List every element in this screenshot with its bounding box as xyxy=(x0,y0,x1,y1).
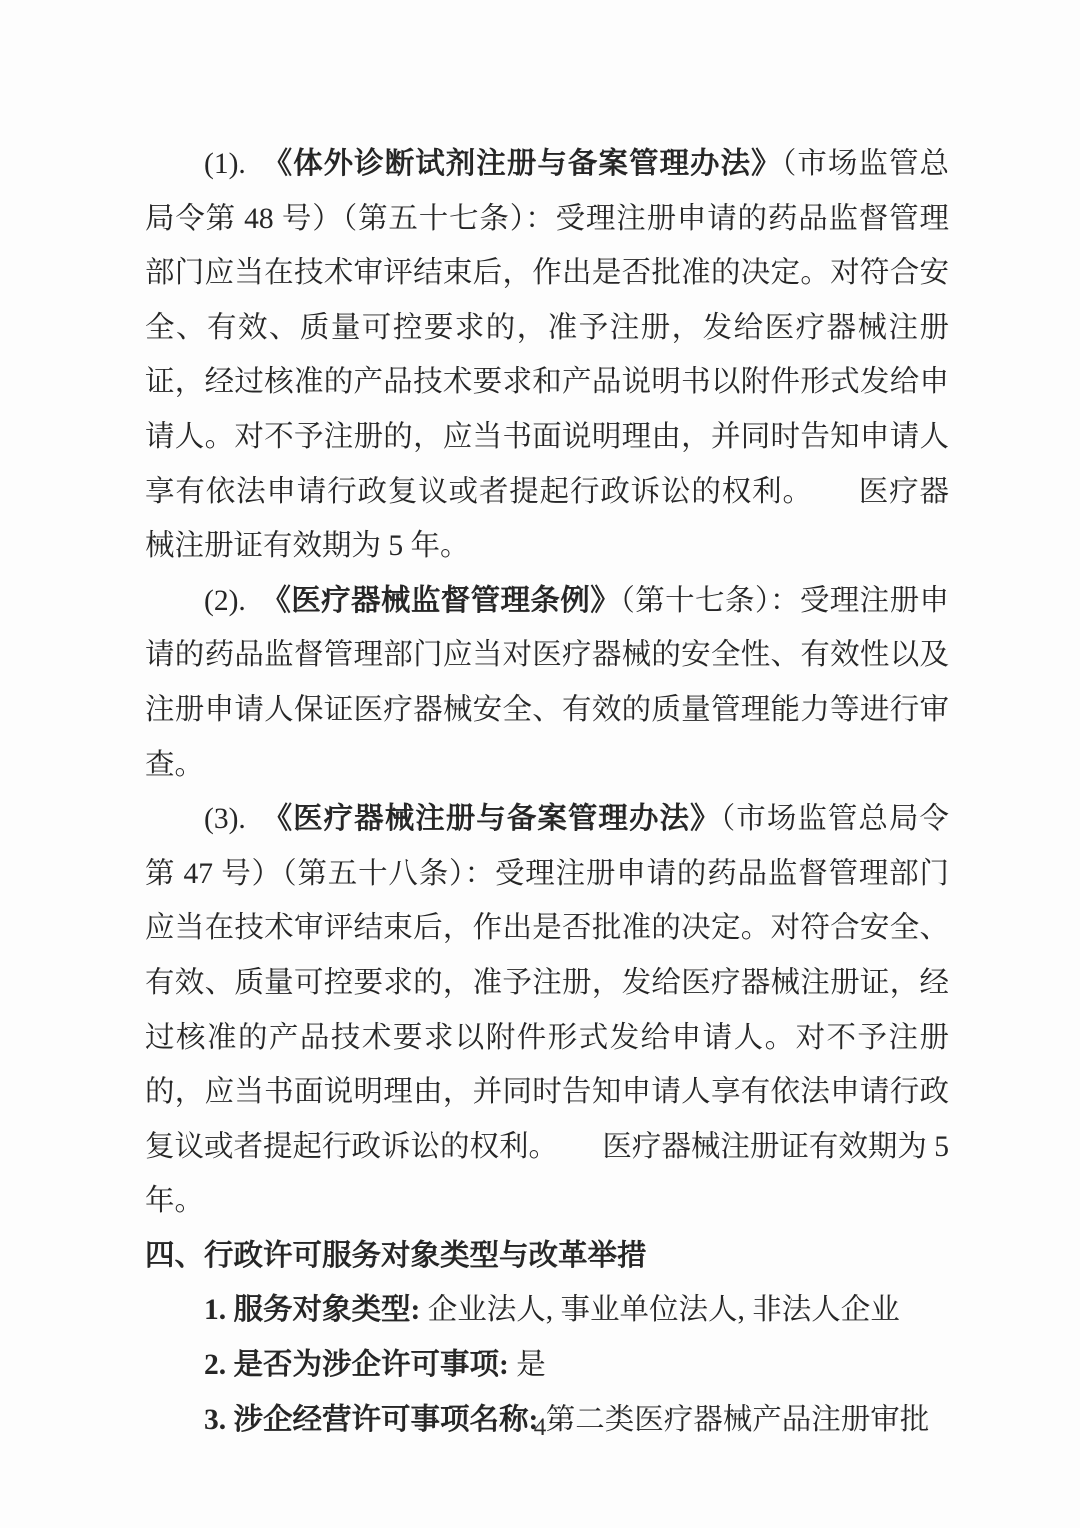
clause-number: (3). xyxy=(204,803,277,835)
list-item: 1. 服务对象类型: 企业法人, 事业单位法人, 非法人企业 xyxy=(145,1283,949,1338)
item-label: 2. 是否为涉企许可事项: xyxy=(204,1349,516,1381)
clause-text: （市场监管总局令第 48 号）（第五十七条）：受理注册申请的药品监督管理部门应当… xyxy=(145,148,949,508)
document-page: (1). 《体外诊断试剂注册与备案管理办法》（市场监管总局令第 48 号）（第五… xyxy=(0,0,1080,1528)
item-value: 企业法人, 事业单位法人, 非法人企业 xyxy=(428,1294,900,1326)
document-body: (1). 《体外诊断试剂注册与备案管理办法》（市场监管总局令第 48 号）（第五… xyxy=(145,137,949,1447)
clause-number: (1). xyxy=(204,148,277,180)
item-label: 1. 服务对象类型: xyxy=(204,1294,428,1326)
regulation-title: 《医疗器械注册与备案管理办法》 xyxy=(277,803,720,835)
regulation-title: 《体外诊断试剂注册与备案管理办法》 xyxy=(277,148,781,180)
regulation-title: 《医疗器械监督管理条例》 xyxy=(276,585,620,617)
page-footer: 4 xyxy=(0,1414,1080,1442)
clause-number: (2). xyxy=(204,585,276,617)
clause-paragraph: (3). 《医疗器械注册与备案管理办法》（市场监管总局令第 47 号）（第五十八… xyxy=(145,792,949,1229)
page-number: 4 xyxy=(534,1414,547,1441)
item-value: 是 xyxy=(516,1349,546,1381)
clause-paragraph: (2). 《医疗器械监督管理条例》（第十七条）：受理注册申请的药品监督管理部门应… xyxy=(145,574,949,792)
clause-paragraph: (1). 《体外诊断试剂注册与备案管理办法》（市场监管总局令第 48 号）（第五… xyxy=(145,137,949,574)
heading-text: 四、行政许可服务对象类型与改革举措 xyxy=(145,1240,647,1272)
section-heading: 四、行政许可服务对象类型与改革举措 xyxy=(145,1229,949,1284)
list-item: 2. 是否为涉企许可事项: 是 xyxy=(145,1338,949,1393)
clause-text: （市场监管总局令第 47 号）（第五十八条）：受理注册申请的药品监督管理部门应当… xyxy=(145,803,949,1163)
